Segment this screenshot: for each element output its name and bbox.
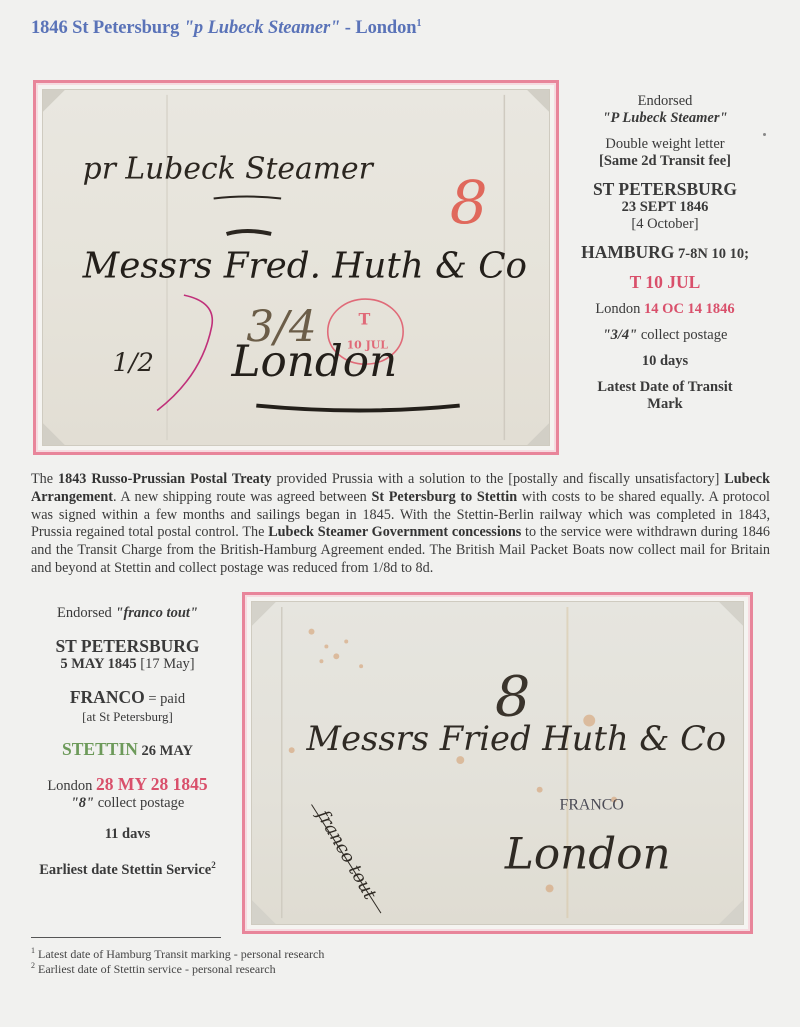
cover-manuscript-svg: pr Lubeck Steamer 8 Messrs Fred. Huth & … <box>43 90 549 445</box>
london-date: 28 MY 28 1845 <box>96 774 208 794</box>
franco-label: FRANCO <box>70 687 145 707</box>
franco-meaning: = paid <box>145 691 185 707</box>
red-rate: 8 <box>450 168 488 237</box>
title-italic: "p Lubeck Steamer" <box>184 18 340 38</box>
weight-line: Double weight letter <box>565 136 765 153</box>
paragraph-emphasis: Lubeck Steamer Government concessions <box>268 524 521 540</box>
paragraph-emphasis: St Petersburg to Stettin <box>371 489 517 505</box>
addressee-text: Messrs Fried Huth & Co <box>306 719 727 758</box>
paragraph-text: provided Prussia with a solution to the … <box>272 471 725 487</box>
stettin-label: STETTIN <box>62 739 138 759</box>
endorsed-label: Endorsed <box>565 93 765 110</box>
origin-block: ST PETERSBURG 23 SEPT 1846 [4 October] <box>565 179 765 233</box>
london-date: 14 OC 14 1846 <box>644 301 735 317</box>
hamburg-label: HAMBURG <box>581 242 674 262</box>
hamburg-mark: 7-8N 10 10; <box>678 246 749 262</box>
weight-note: 1/2 <box>112 348 154 378</box>
footnote-number: 1 <box>31 946 35 955</box>
description-top: Endorsed "P Lubeck Steamer" Double weigh… <box>565 93 765 413</box>
cover-manuscript-svg: 8 Messrs Fried Huth & Co FRANCO franco t… <box>252 602 743 924</box>
footnote-text: Earliest date of Stettin service - perso… <box>38 962 276 976</box>
transit-fee-line: [Same 2d Transit fee] <box>565 153 765 170</box>
endorsement-block: Endorsed "P Lubeck Steamer" <box>565 93 765 127</box>
note-line-2: Mark <box>565 396 765 413</box>
hamburg-block: HAMBURG 7-8N 10 10; <box>565 242 765 263</box>
page-title: 1846 St Petersburg "p Lubeck Steamer" - … <box>31 18 421 39</box>
addressee-text: Messrs Fred. Huth & Co <box>82 245 527 286</box>
endorsed-label: Endorsed <box>57 605 112 621</box>
transit-mark: T 10 JUL <box>565 272 765 292</box>
origin-date-gregorian: [17 May] <box>137 656 195 672</box>
cover-paper: pr Lubeck Steamer 8 Messrs Fred. Huth & … <box>42 89 550 446</box>
cover-image-top: pr Lubeck Steamer 8 Messrs Fred. Huth & … <box>33 80 559 455</box>
note-line-1: Latest Date of Transit <box>565 379 765 396</box>
london-block: London 14 OC 14 1846 <box>565 301 765 318</box>
postage-value: "3/4" <box>603 327 638 343</box>
london-postage-block: London 28 MY 28 1845 "8" collect postage <box>20 774 235 812</box>
london-label: London <box>595 301 640 317</box>
postage-label: collect postage <box>94 795 184 811</box>
cover-paper: 8 Messrs Fried Huth & Co FRANCO franco t… <box>251 601 744 925</box>
destination-text: London <box>504 830 671 880</box>
cover-image-bottom: 8 Messrs Fried Huth & Co FRANCO franco t… <box>242 592 753 934</box>
transit-days: 10 days <box>565 353 765 370</box>
note-text: Earliest date Stettin Service <box>39 862 211 878</box>
magenta-rate <box>157 295 212 410</box>
postage-value: "8" <box>71 795 94 811</box>
footnote-divider <box>31 937 221 938</box>
franco-note: [at St Petersburg] <box>20 708 235 725</box>
endorsement-text: pr Lubeck Steamer <box>83 151 375 186</box>
paragraph-text: The <box>31 471 58 487</box>
origin-block: ST PETERSBURG 5 MAY 1845 [17 May] <box>20 636 235 673</box>
origin-date-gregorian: [4 October] <box>565 216 765 233</box>
origin-city: ST PETERSBURG <box>565 179 765 199</box>
franco-block: FRANCO = paid [at St Petersburg] <box>20 687 235 725</box>
stettin-date: 26 MAY <box>138 743 193 759</box>
franco-handstamp: FRANCO <box>559 796 623 813</box>
footnote-number: 2 <box>31 961 35 970</box>
footnote-ref: 2 <box>211 860 216 870</box>
postage-label: collect postage <box>637 327 727 343</box>
footnote-2: 2Earliest date of Stettin service - pers… <box>31 959 276 976</box>
origin-date: 5 MAY 1845 <box>60 656 136 672</box>
footnote-ref: 1 <box>416 18 421 29</box>
endorsed-text: "P Lubeck Steamer" <box>565 110 765 127</box>
paragraph-text: . A new shipping route was agreed betwee… <box>113 489 372 505</box>
history-paragraph: The 1843 Russo-Prussian Postal Treaty pr… <box>31 471 770 578</box>
origin-date: 23 SEPT 1846 <box>565 199 765 216</box>
description-bottom: Endorsed "franco tout" ST PETERSBURG 5 M… <box>20 605 235 879</box>
note-block: Latest Date of Transit Mark <box>565 379 765 413</box>
title-prefix: 1846 St Petersburg <box>31 18 184 38</box>
origin-city: ST PETERSBURG <box>20 636 235 656</box>
endorsed-text: "franco tout" <box>115 605 198 621</box>
london-label: London <box>47 778 96 794</box>
destination-text: London <box>231 337 398 387</box>
paragraph-emphasis: 1843 Russo-Prussian Postal Treaty <box>58 471 272 487</box>
postmark-letter: T <box>359 310 371 329</box>
weight-block: Double weight letter [Same 2d Transit fe… <box>565 136 765 170</box>
note-block: Earliest date Stettin Service2 <box>20 857 235 879</box>
postage-block: "3/4" collect postage <box>565 327 765 344</box>
stettin-block: STETTIN 26 MAY <box>20 739 235 760</box>
title-suffix: - London <box>340 18 416 38</box>
endorsement-block: Endorsed "franco tout" <box>20 605 235 622</box>
transit-days: 11 davs <box>20 826 235 843</box>
